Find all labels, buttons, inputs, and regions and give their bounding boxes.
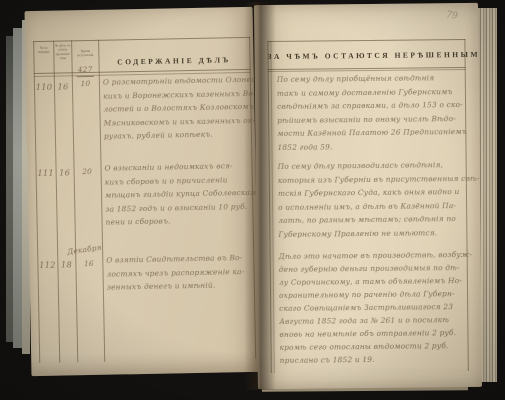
entry-text-line: мѣщанъ гильдіи купца Соболевскаго <box>105 189 259 199</box>
note-text-line: дено губернію деньги производимыя по дѣ- <box>279 264 460 273</box>
entry-text-line: О взысканіи и недоимкахъ вся- <box>104 162 232 172</box>
note-text-line: скаго Совѣщаніемъ Застрѣлившагося 23 <box>279 303 453 312</box>
note-text-line: Августа 1852 года за № 261 и о посылкѣ <box>279 316 449 325</box>
note-text-line: рѣйшемъ взысканіи по оному числѣ Вѣдо- <box>277 115 456 124</box>
entry-date-top: 427 <box>72 66 99 74</box>
note-text-line: которыя изъ Губерніи въ присутственныя с… <box>278 174 480 184</box>
note-text-line: По сему дѣлу пріобщённыя свѣдѣнія <box>277 74 435 83</box>
note-text-line: По сему дѣлу производилась свѣдѣнія, <box>278 161 444 170</box>
entry-text-line: О взятіи Свидѣтельства въ Во- <box>106 254 242 264</box>
note-text-line: свѣдѣніямъ за справками, а дѣло 153 о ск… <box>277 101 463 110</box>
entry-number: 110 <box>34 83 54 92</box>
note-text-line: латѣ, по разнымъ мѣстамъ; свѣдѣнія по <box>278 215 456 224</box>
entry-number: 111 <box>36 169 56 178</box>
entry-text-line: кихъ и Воронежскихъ казенныхъ Во- <box>103 89 256 99</box>
note-text-line: вновь на неимѣніе объ отправленіи 2 руб. <box>279 329 456 338</box>
note-text-line: лу Сорочинскому, а тамъ объявленіемъ Но- <box>279 277 462 286</box>
note-text-line: охранительному по раченію дѣла Губерн- <box>279 290 455 299</box>
note-text-line: такъ и самому доставленію Губернскимъ <box>277 88 453 97</box>
note-text-line: кромѣ сего отосланы вѣдомости 2 руб. <box>280 342 449 351</box>
entry-text-line: за 1852 годъ и о взысканіи 10 руб. <box>105 202 247 212</box>
entry-opis-number: 16 <box>54 82 72 91</box>
entry-opis-number: 16 <box>56 168 74 177</box>
scanned-ledger-photo: № по порядку № дѣла по описи прошлаго го… <box>0 0 505 400</box>
note-text-line: Губернскому Правленію не имѣются. <box>278 229 437 238</box>
entry-date-bottom: 20 <box>74 168 101 176</box>
note-text-line: Дѣло это начатое въ производствѣ, возбуж… <box>279 251 473 260</box>
table-border <box>71 40 78 362</box>
note-text-line: прислано съ 1852 и 19. <box>280 356 375 364</box>
entry-number: 112 <box>37 261 57 270</box>
note-text-line: мости Казённой Палатою 26 Предписаніемъ <box>277 128 467 137</box>
table-border <box>268 69 466 72</box>
left-page-header: СОДЕРЖАНІЕ ДѢЛЪ <box>98 55 249 67</box>
column-header-date: Время вступленія <box>72 49 98 58</box>
entry-text-line: лостей и о Волостяхъ Козловскомъ <box>103 103 253 113</box>
table-border <box>33 37 250 42</box>
table-border <box>464 39 468 371</box>
entry-text-line: О разсмотрѣніи вѣдомости Олонец- <box>103 76 259 86</box>
note-text-line: 1852 года 59. <box>277 143 332 151</box>
page-number: 79 <box>445 10 458 22</box>
note-text-line: о исполненіи имъ, а дѣлѣ въ Казённой Па- <box>278 202 456 211</box>
note-text-line: тскія Губернскаго Суда, какъ оныя видно … <box>278 188 460 197</box>
entry-date-month: Декабря <box>67 244 102 256</box>
entry-opis-number: 18 <box>57 260 75 269</box>
column-header-order-no: № по порядку <box>34 46 53 55</box>
entry-text-line: лостяхъ чрезъ распоряженіе ка- <box>107 268 245 278</box>
entry-text-line: кихъ сборовъ и о причисленіи <box>105 176 228 186</box>
page-edges-left <box>13 28 22 348</box>
right-page: 79 ЗА ЧѢМЪ ОСТАЮТСЯ НЕРѢШЕННЫМИ По сему … <box>254 3 482 389</box>
entry-text-line: ругахъ, рублей и копѣекъ. <box>104 131 213 140</box>
entry-text-line: пени и сборовъ. <box>106 217 171 226</box>
table-border <box>267 39 465 42</box>
entry-text-line: Мясниковскомъ и ихъ казенныхъ ок- <box>104 116 256 126</box>
left-page: № по порядку № дѣла по описи прошлаго го… <box>25 7 260 376</box>
right-page-header: ЗА ЧѢМЪ ОСТАЮТСЯ НЕРѢШЕННЫМИ <box>267 50 465 61</box>
date-underline <box>77 76 94 77</box>
page-edges-left-dark <box>6 36 13 342</box>
entry-date-day: 16 <box>75 260 102 268</box>
entry-date-bottom: 10 <box>72 80 99 88</box>
table-border <box>98 40 105 362</box>
column-header-opis-no: № дѣла по описи прошлаго года <box>54 43 71 60</box>
entry-text-line: зенныхъ денегъ и имѣній. <box>107 282 216 291</box>
